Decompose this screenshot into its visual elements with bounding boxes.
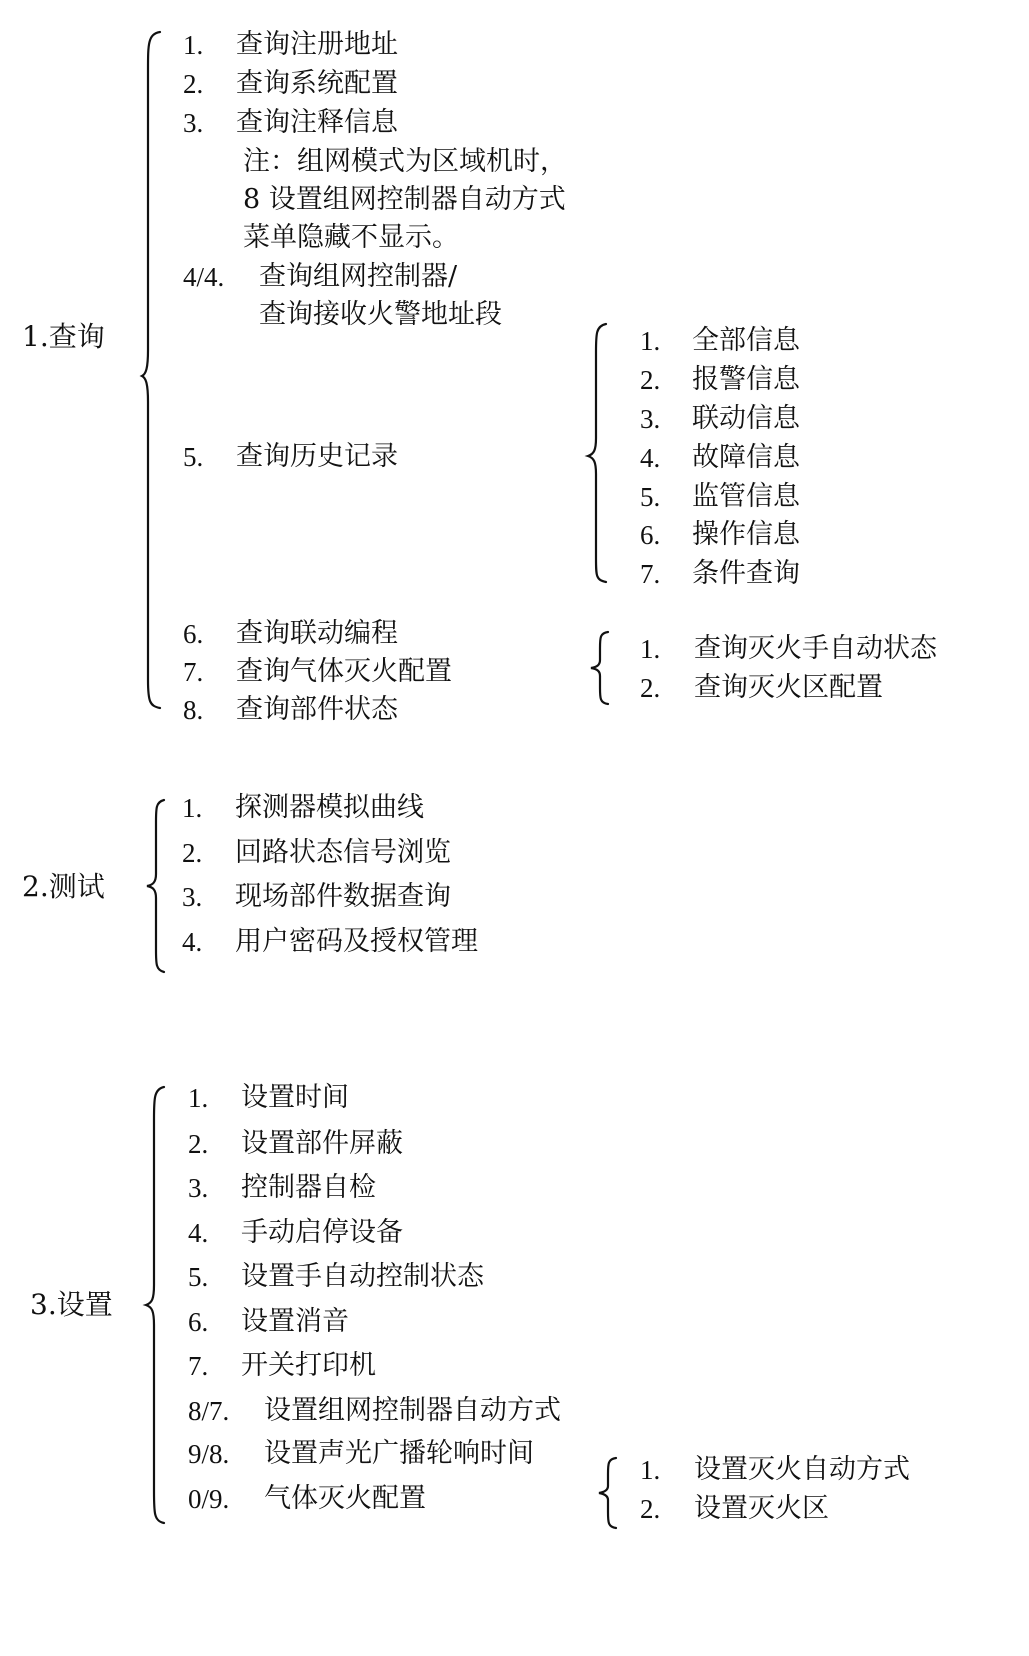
menu-query-label: 1.查询 xyxy=(22,322,105,352)
brace-settings xyxy=(144,1085,168,1525)
brace-test xyxy=(144,798,168,974)
brace-history xyxy=(586,322,610,584)
menu-settings-label: 3.设置 xyxy=(30,1290,113,1320)
brace-query-gas xyxy=(588,630,612,706)
brace-query xyxy=(140,30,164,710)
menu-test-label: 2.测试 xyxy=(22,872,105,902)
brace-settings-gas xyxy=(596,1456,620,1530)
